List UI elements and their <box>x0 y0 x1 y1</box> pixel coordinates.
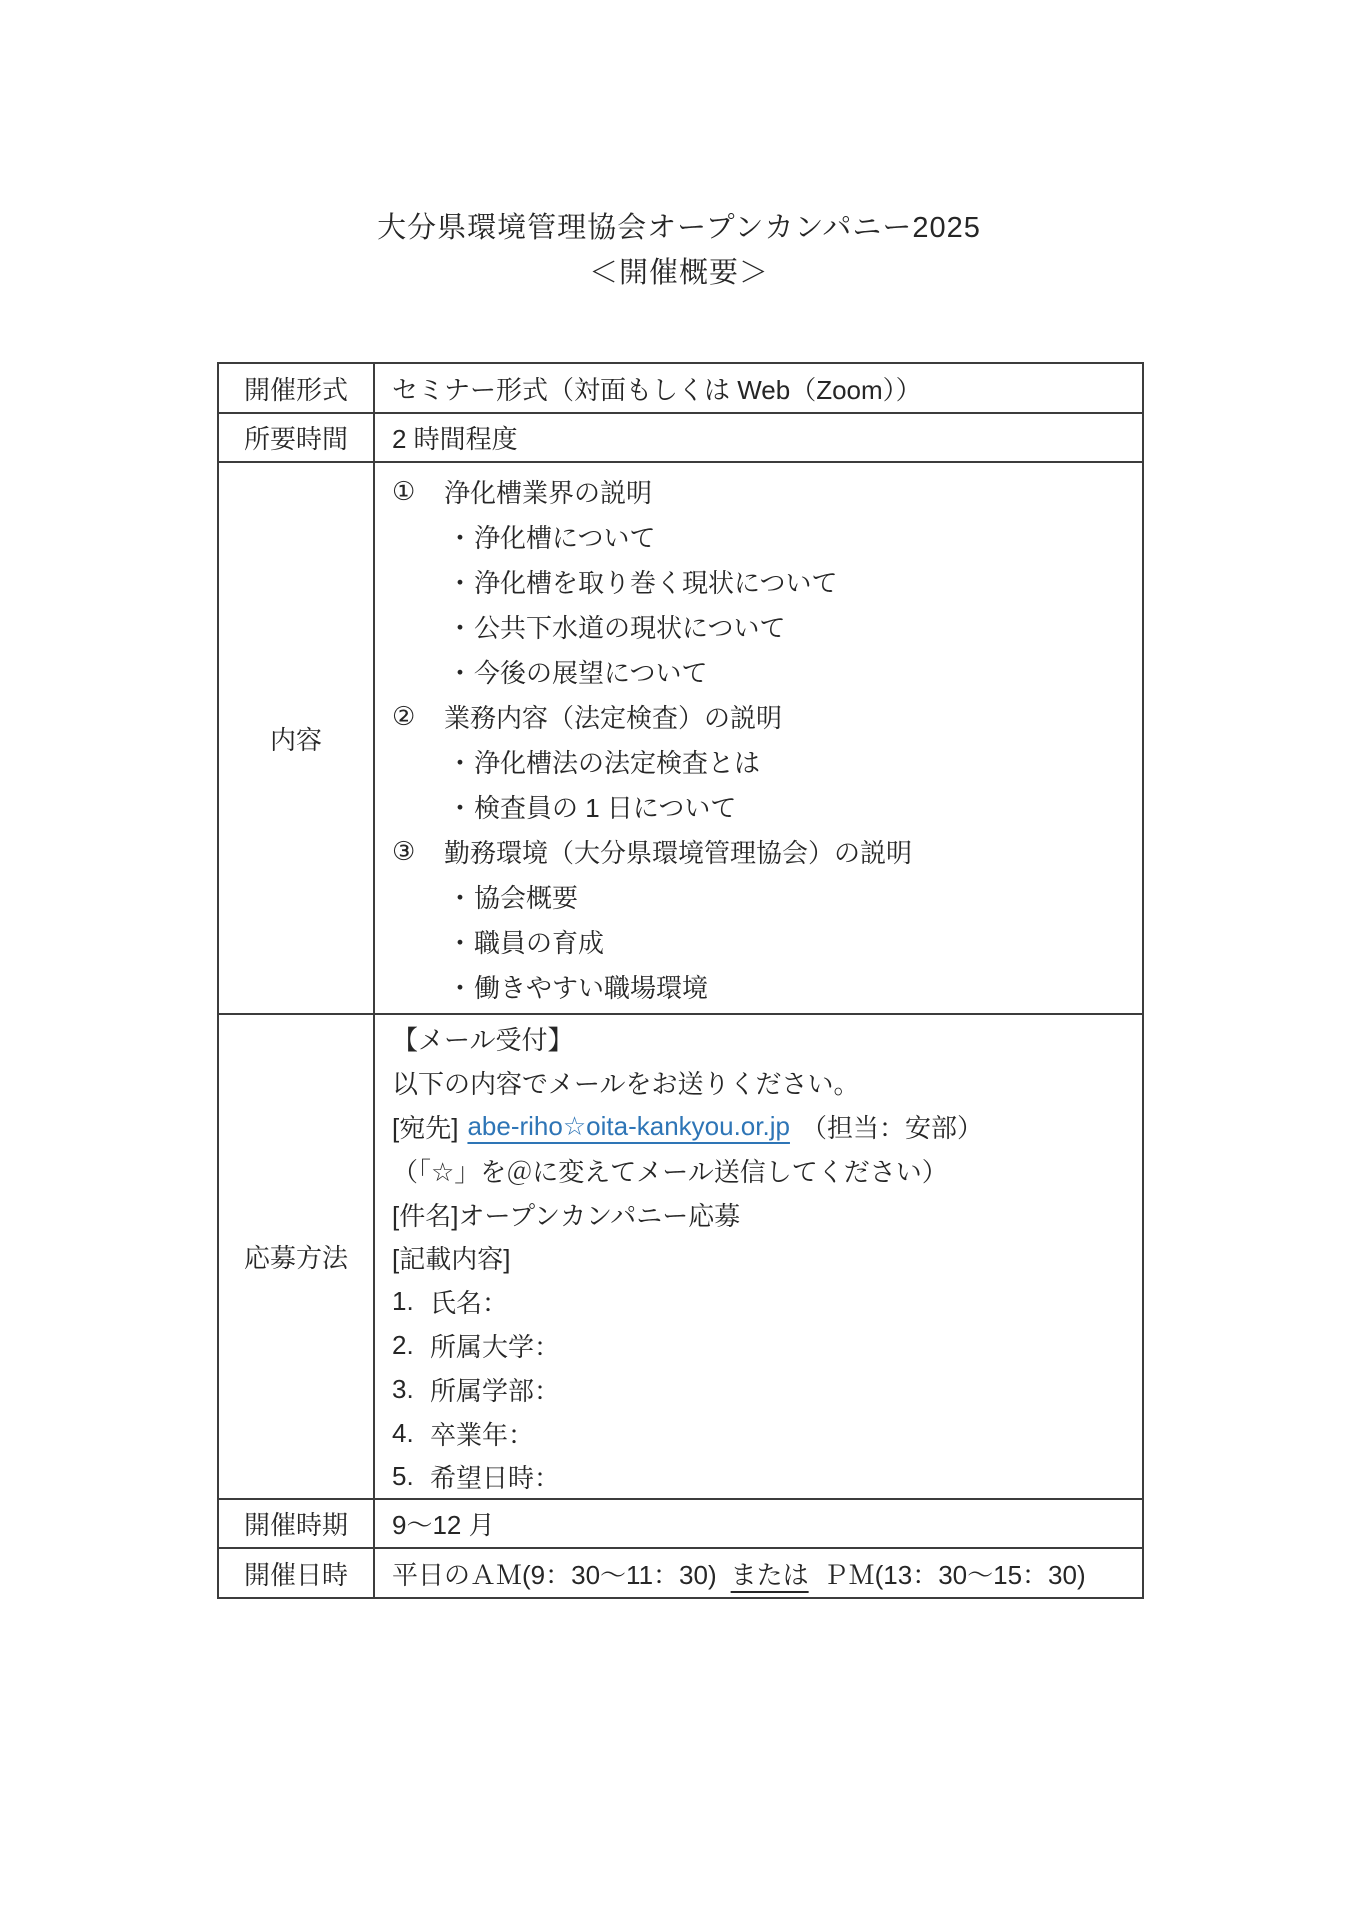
list-item: ・職員の育成 <box>392 919 1142 964</box>
numbered-field: 3.所属学部： <box>392 1367 1142 1411</box>
list-item-text: 業務内容（法定検査）の説明 <box>444 698 782 735</box>
instruction-line: [記載内容] <box>392 1236 1142 1280</box>
list-item-text: 浄化槽について <box>474 518 655 555</box>
list-item: ①浄化槽業界の説明 <box>392 469 1142 514</box>
row-label: 内容 <box>219 463 375 1013</box>
field-number: 3. <box>392 1374 430 1405</box>
list-item-text: 浄化槽業界の説明 <box>444 473 652 510</box>
bullet-icon: ・ <box>447 743 474 780</box>
field-text: 卒業年： <box>430 1415 534 1452</box>
email-link[interactable]: abe-riho☆oita-kankyou.or.jp <box>467 1111 790 1142</box>
numbered-field: 1.氏名： <box>392 1280 1142 1324</box>
list-item-text: 協会概要 <box>474 878 578 915</box>
recipient-line: [宛先]abe-riho☆oita-kankyou.or.jp（担当：安部） <box>392 1105 1142 1149</box>
list-item-text: 職員の育成 <box>474 923 604 960</box>
list-item: ・浄化槽を取り巻く現状について <box>392 559 1142 604</box>
numbered-field: 4.卒業年： <box>392 1411 1142 1455</box>
document-title: 大分県環境管理協会オープンカンパニー2025 <box>0 211 1358 245</box>
circled-number-icon: ② <box>392 701 444 732</box>
schedule-pm: ＰＭ(13：30～15：30) <box>823 1555 1086 1592</box>
instruction-line: 以下の内容でメールをお送りください。 <box>392 1061 1142 1105</box>
bullet-icon: ・ <box>447 563 474 600</box>
row-value: 9～12 月 <box>375 1500 1142 1547</box>
row-label: 開催形式 <box>219 364 375 412</box>
row-value: セミナー形式（対面もしくは Web（Zoom）） <box>375 364 1142 412</box>
list-item-text: 今後の展望について <box>474 653 707 690</box>
list-item-text: 浄化槽を取り巻く現状について <box>474 563 837 600</box>
recipient-prefix: [宛先] <box>392 1108 458 1145</box>
field-number: 1. <box>392 1286 430 1317</box>
numbered-field: 5.希望日時： <box>392 1455 1142 1498</box>
bullet-icon: ・ <box>447 923 474 960</box>
list-item: ・協会概要 <box>392 874 1142 919</box>
field-number: 4. <box>392 1418 430 1449</box>
circled-number-icon: ③ <box>392 836 444 867</box>
table-row-datetime: 開催日時 平日のＡＭ(9：30～11：30)またはＰＭ(13：30～15：30) <box>219 1547 1142 1597</box>
instruction-line: 【メール受付】 <box>392 1017 1142 1061</box>
list-item: ③勤務環境（大分県環境管理協会）の説明 <box>392 829 1142 874</box>
list-item: ②業務内容（法定検査）の説明 <box>392 694 1142 739</box>
list-item-text: 公共下水道の現状について <box>474 608 785 645</box>
list-item-text: 検査員の 1 日について <box>474 788 736 825</box>
row-label: 開催時期 <box>219 1500 375 1547</box>
instruction-text: 以下の内容でメールをお送りください。 <box>392 1064 859 1101</box>
bullet-icon: ・ <box>447 878 474 915</box>
row-label: 応募方法 <box>219 1015 375 1498</box>
list-item: ・働きやすい職場環境 <box>392 964 1142 1009</box>
document-subtitle: ＜開催概要＞ <box>0 256 1358 290</box>
contents-list: ①浄化槽業界の説明 ・浄化槽について ・浄化槽を取り巻く現状について ・公共下水… <box>375 463 1142 1013</box>
list-item: ・浄化槽について <box>392 514 1142 559</box>
list-item: ・公共下水道の現状について <box>392 604 1142 649</box>
table-row-application: 応募方法 【メール受付】 以下の内容でメールをお送りください。 [宛先]abe-… <box>219 1013 1142 1498</box>
bullet-icon: ・ <box>447 608 474 645</box>
list-item: ・検査員の 1 日について <box>392 784 1142 829</box>
instruction-text: [記載内容] <box>392 1239 510 1276</box>
bullet-icon: ・ <box>447 653 474 690</box>
list-item: ・今後の展望について <box>392 649 1142 694</box>
field-text: 所属学部： <box>430 1371 560 1408</box>
row-value: 平日のＡＭ(9：30～11：30)またはＰＭ(13：30～15：30) <box>375 1549 1142 1597</box>
table-row-contents: 内容 ①浄化槽業界の説明 ・浄化槽について ・浄化槽を取り巻く現状について ・公… <box>219 461 1142 1013</box>
circled-number-icon: ① <box>392 476 444 507</box>
instruction-text: （「☆」を＠に変えてメール送信してください） <box>392 1152 948 1189</box>
field-text: 所属大学： <box>430 1327 560 1364</box>
instruction-line: [件名]オープンカンパニー応募 <box>392 1192 1142 1236</box>
row-label: 開催日時 <box>219 1549 375 1597</box>
row-label: 所要時間 <box>219 414 375 461</box>
event-summary-table: 開催形式 セミナー形式（対面もしくは Web（Zoom）） 所要時間 2 時間程… <box>217 362 1144 1599</box>
table-row-duration: 所要時間 2 時間程度 <box>219 412 1142 461</box>
list-item-text: 浄化槽法の法定検査とは <box>474 743 760 780</box>
list-item: ・浄化槽法の法定検査とは <box>392 739 1142 784</box>
field-text: 希望日時： <box>430 1458 560 1495</box>
recipient-contact: （担当：安部） <box>801 1108 983 1145</box>
instruction-text: 【メール受付】 <box>392 1020 573 1057</box>
bullet-icon: ・ <box>447 518 474 555</box>
row-value: 2 時間程度 <box>375 414 1142 461</box>
field-number: 5. <box>392 1461 430 1492</box>
bullet-icon: ・ <box>447 788 474 825</box>
or-emphasis: または <box>731 1555 809 1592</box>
table-row-period: 開催時期 9～12 月 <box>219 1498 1142 1547</box>
instruction-text: [件名]オープンカンパニー応募 <box>392 1196 740 1233</box>
table-row-format: 開催形式 セミナー形式（対面もしくは Web（Zoom）） <box>219 364 1142 412</box>
field-number: 2. <box>392 1330 430 1361</box>
list-item-text: 勤務環境（大分県環境管理協会）の説明 <box>444 833 912 870</box>
schedule-am: 平日のＡＭ(9：30～11：30) <box>392 1555 717 1592</box>
numbered-field: 2.所属大学： <box>392 1324 1142 1368</box>
bullet-icon: ・ <box>447 968 474 1005</box>
field-text: 氏名： <box>430 1283 508 1320</box>
instruction-line: （「☆」を＠に変えてメール送信してください） <box>392 1148 1142 1192</box>
application-instructions: 【メール受付】 以下の内容でメールをお送りください。 [宛先]abe-riho☆… <box>375 1015 1142 1498</box>
list-item-text: 働きやすい職場環境 <box>474 968 708 1005</box>
